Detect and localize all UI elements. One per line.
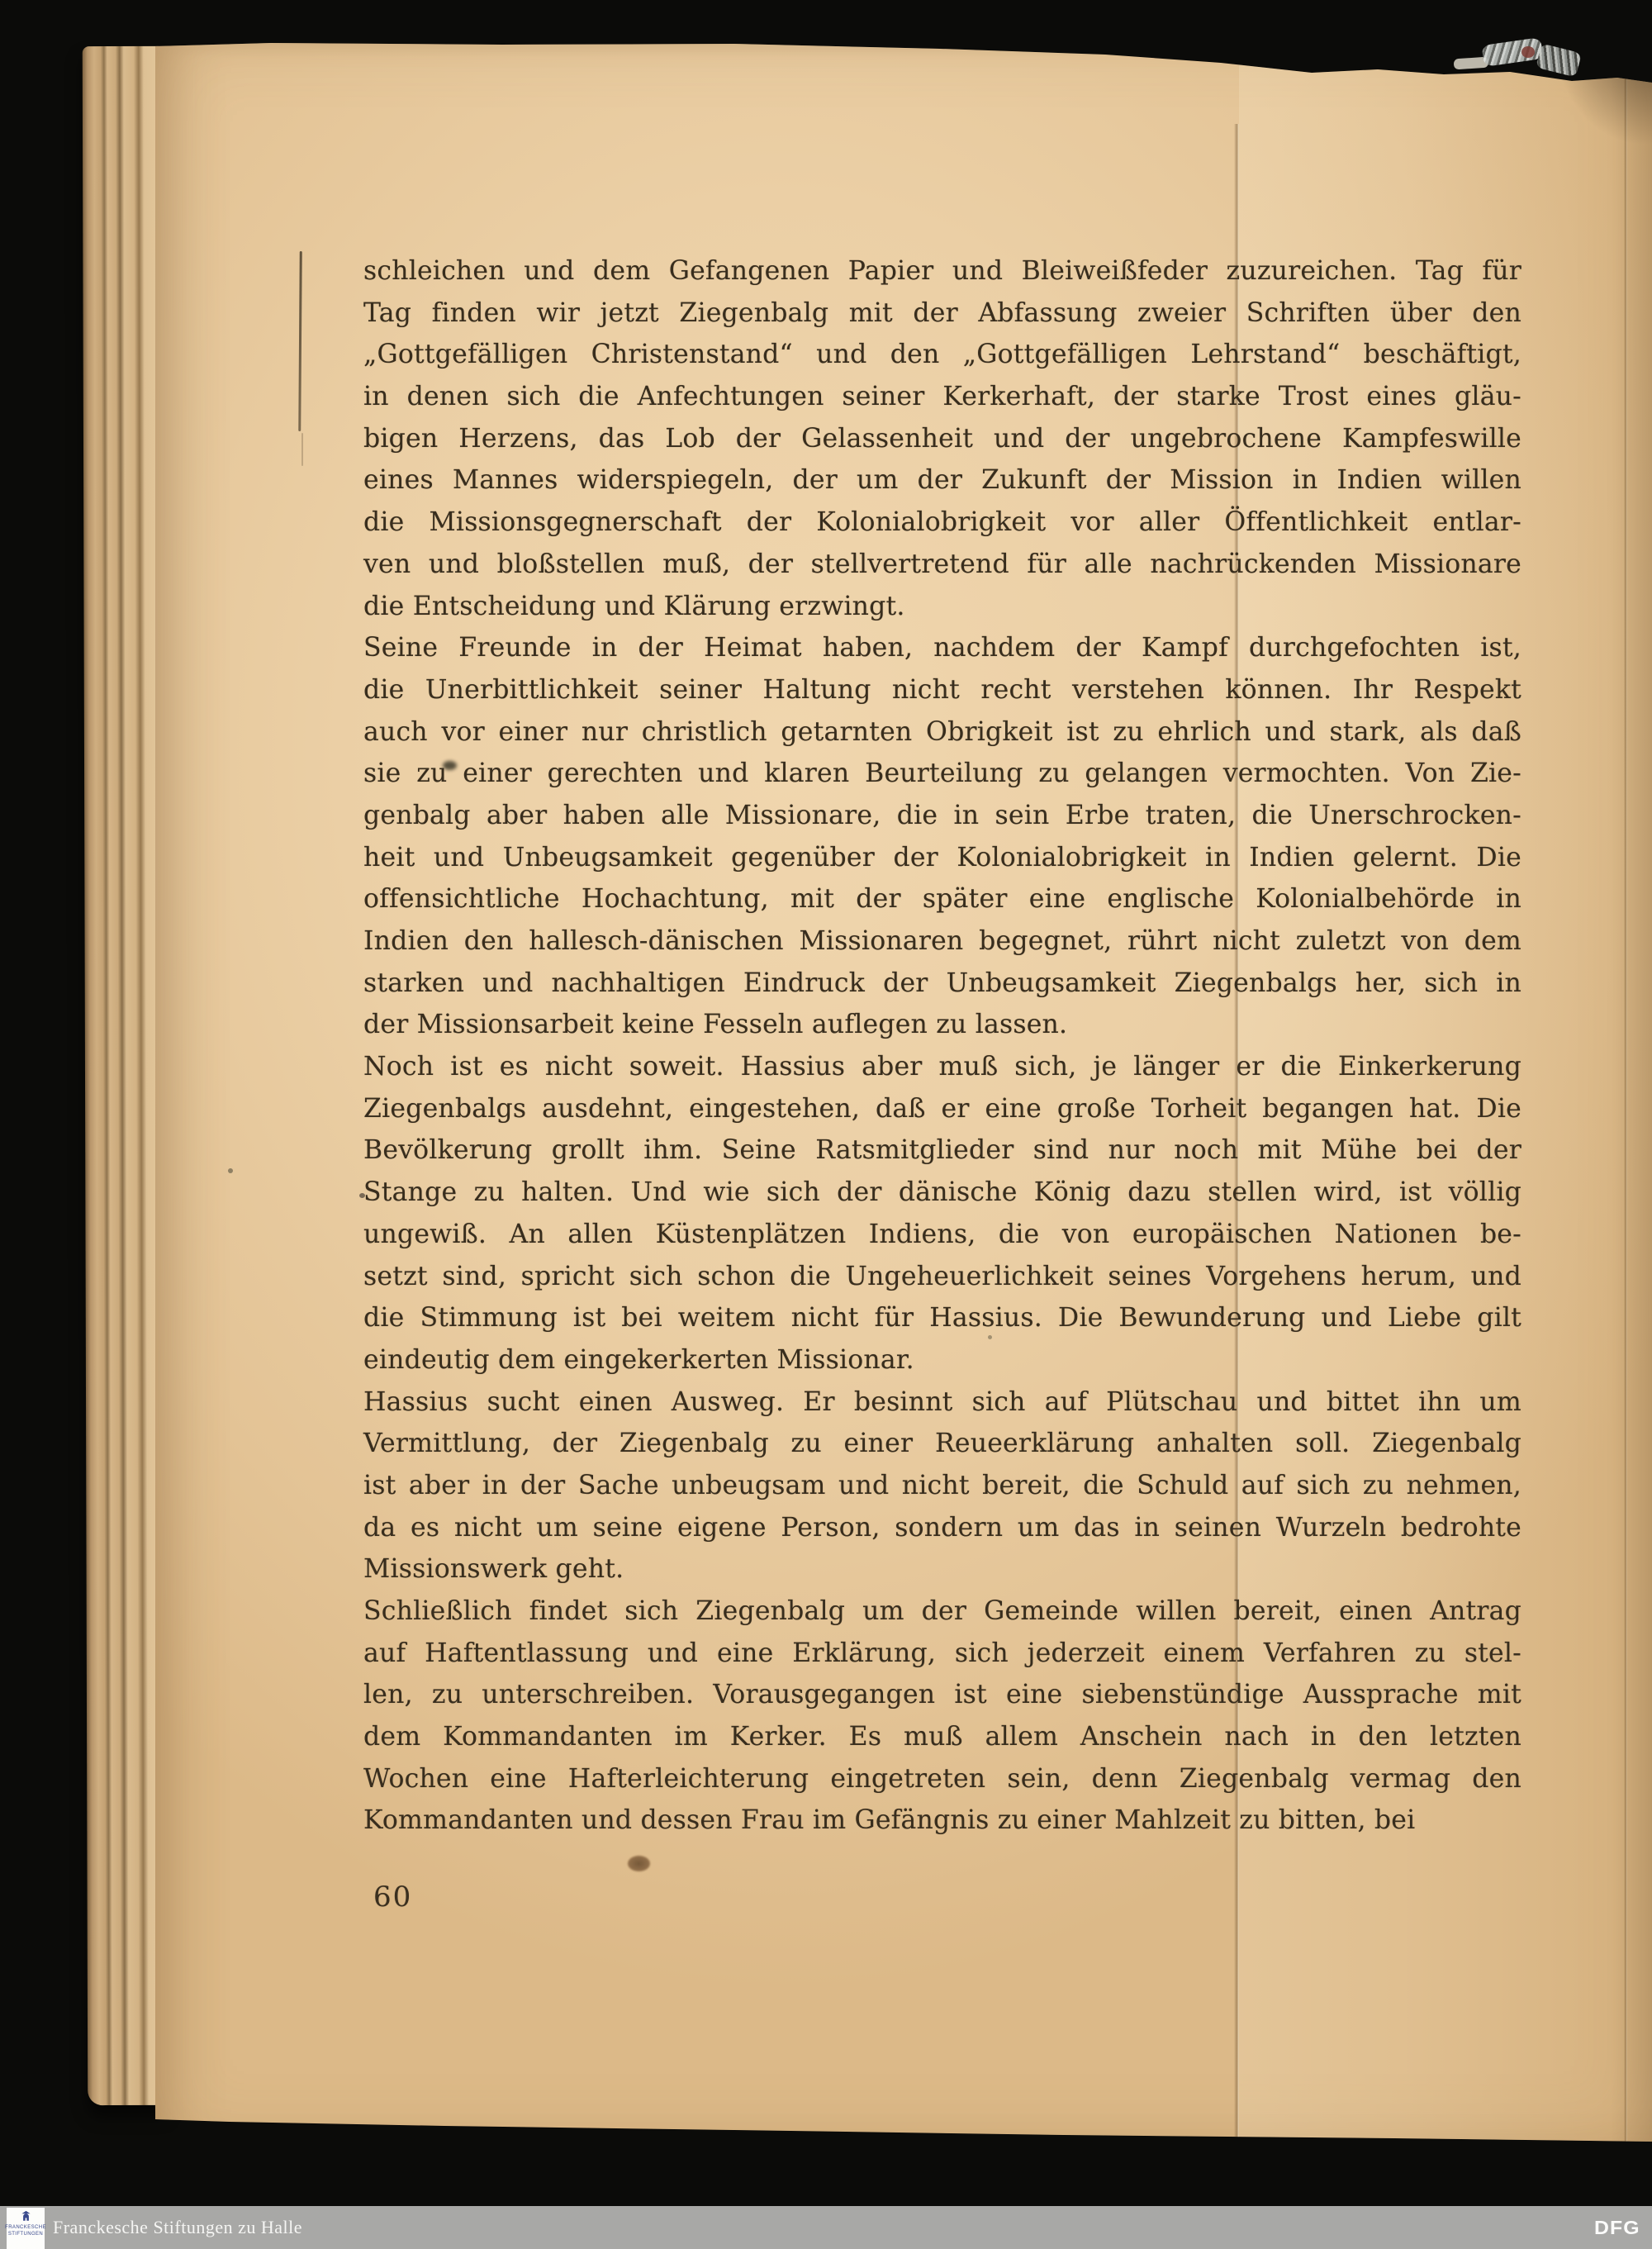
book-page-edges [83, 46, 164, 2105]
text-line: die Missionsgegnerschaft der Kolonialobr… [363, 502, 1521, 544]
text-line: Seine Freunde in der Heimat haben, nachd… [363, 627, 1521, 669]
paragraph: schleichen und dem Gefangenen Papier und… [363, 250, 1521, 627]
text-line: bigen Herzens, das Lob der Gelassenheit … [363, 418, 1521, 460]
text-line: Schließlich findet sich Ziegenbalg um de… [363, 1590, 1521, 1633]
paragraph: Seine Freunde in der Heimat haben, nachd… [363, 627, 1521, 1046]
text-line: Stange zu halten. Und wie sich der dänis… [363, 1172, 1521, 1214]
text-line: setzt sind, spricht sich schon die Ungeh… [363, 1256, 1521, 1298]
text-line: genbalg aber haben alle Missionare, die … [363, 795, 1521, 837]
text-line: sie zu einer gerechten und klaren Beurte… [363, 753, 1521, 795]
text-line: Kommandanten und dessen Frau im Gefängni… [363, 1800, 1521, 1842]
text-line: Bevölkerung grollt ihm. Seine Ratsmitgli… [363, 1129, 1521, 1172]
text-line: Wochen eine Hafterleichterung eingetrete… [363, 1758, 1521, 1800]
text-line: die Unerbittlichkeit seiner Haltung nich… [363, 669, 1521, 711]
text-line: Tag finden wir jetzt Ziegenbalg mit der … [363, 292, 1521, 335]
franckesche-logo-caption-1: FRANCKESCHE [5, 2225, 46, 2231]
paragraph: Schließlich findet sich Ziegenbalg um de… [363, 1590, 1521, 1842]
paragraph: Hassius sucht einen Ausweg. Er besinnt s… [363, 1381, 1521, 1590]
text-line: heit und Unbeugsamkeit gegenüber der Kol… [363, 837, 1521, 879]
text-line: ist aber in der Sache unbeugsam und nich… [363, 1465, 1521, 1507]
binding-threads [1521, 46, 1535, 58]
dfg-logo: DFG [1594, 2206, 1640, 2249]
text-line: Noch ist es nicht soweit. Hassius aber m… [363, 1046, 1521, 1088]
binding-threads [1536, 43, 1582, 77]
margin-mark [301, 433, 303, 466]
text-line: starken und nachhaltigen Eindruck der Un… [363, 963, 1521, 1005]
book-scan-viewer: schleichen und dem Gefangenen Papier und… [0, 0, 1652, 2249]
text-line: „Gottgefälligen Christenstand“ und den „… [363, 334, 1521, 376]
text-line: da es nicht um seine eigene Person, sond… [363, 1507, 1521, 1549]
text-line: eines Mannes widerspiegeln, der um der Z… [363, 459, 1521, 502]
footer-institution-label: Franckesche Stiftungen zu Halle [53, 2206, 302, 2249]
page-text: schleichen und dem Gefangenen Papier und… [363, 250, 1521, 1842]
text-line: Vermittlung, der Ziegenbalg zu einer Reu… [363, 1423, 1521, 1465]
text-line: die Stimmung ist bei weitem nicht für Ha… [363, 1297, 1521, 1339]
margin-dot [359, 1193, 365, 1198]
page-edge-crease [1624, 33, 1627, 2148]
paragraph: Noch ist es nicht soweit. Hassius aber m… [363, 1046, 1521, 1381]
text-line: ungewiß. An allen Küstenplätzen Indiens,… [363, 1214, 1521, 1256]
paper-stain [628, 1856, 650, 1871]
paper-speck [228, 1168, 233, 1173]
text-line: Missionswerk geht. [363, 1548, 1521, 1590]
franckesche-logo-caption-2: STIFTUNGEN [8, 2232, 43, 2237]
viewer-footer: FRANCKESCHE STIFTUNGEN Franckesche Stift… [0, 2206, 1652, 2249]
paper-speck [988, 1335, 992, 1339]
text-line: Indien den hallesch-dänischen Missionare… [363, 920, 1521, 963]
text-line: dem Kommandanten im Kerker. Es muß allem… [363, 1716, 1521, 1758]
franckesche-logo-icon [19, 2210, 33, 2224]
text-line: Ziegenbalgs ausdehnt, eingestehen, daß e… [363, 1088, 1521, 1130]
text-line: schleichen und dem Gefangenen Papier und… [363, 250, 1521, 292]
text-line: offensichtliche Hochachtung, mit der spä… [363, 878, 1521, 920]
text-line: Hassius sucht einen Ausweg. Er besinnt s… [363, 1381, 1521, 1424]
text-line: ven und bloßstellen muß, der stellvertre… [363, 544, 1521, 586]
page-number: 60 [373, 1881, 412, 1914]
text-line: eindeutig dem eingekerkerten Missionar. [363, 1339, 1521, 1381]
text-line: len, zu unterschreiben. Vorausgegangen i… [363, 1674, 1521, 1716]
text-line: die Entscheidung und Klärung erzwingt. [363, 586, 1521, 628]
text-line: auf Haftentlassung und eine Erklärung, s… [363, 1633, 1521, 1675]
ink-smudge [443, 761, 457, 770]
franckesche-logo: FRANCKESCHE STIFTUNGEN [7, 2208, 45, 2249]
text-line: auch vor einer nur christlich getarnten … [363, 711, 1521, 754]
text-line: der Missionsarbeit keine Fesseln auflege… [363, 1004, 1521, 1046]
text-line: in denen sich die Anfechtungen seiner Ke… [363, 376, 1521, 418]
